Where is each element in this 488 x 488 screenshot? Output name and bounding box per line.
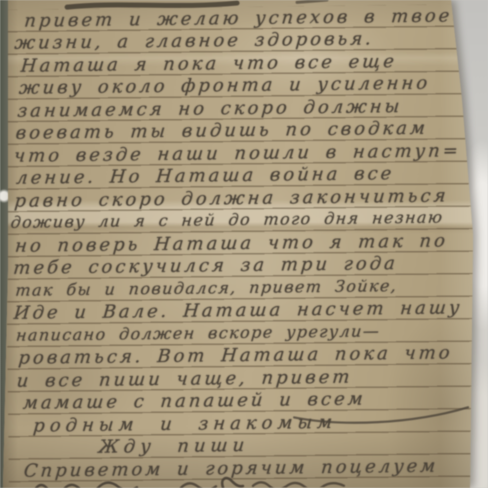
- pen-flourish: [292, 401, 474, 429]
- paper-shadow: привет и желаю успехов в твоей жизни, а …: [0, 0, 488, 488]
- letter-photo: привет и желаю успехов в твоей жизни, а …: [0, 0, 488, 488]
- handwritten-line: жизни, а главное здоровья.: [14, 28, 375, 53]
- handwritten-line: и все пиши чаще, привет: [16, 367, 354, 392]
- handwritten-line: Жду пиши: [98, 435, 251, 458]
- letter-paper: привет и желаю успехов в твоей жизни, а …: [0, 0, 488, 488]
- handwriting-layer: привет и желаю успехов в твоей жизни, а …: [0, 0, 488, 488]
